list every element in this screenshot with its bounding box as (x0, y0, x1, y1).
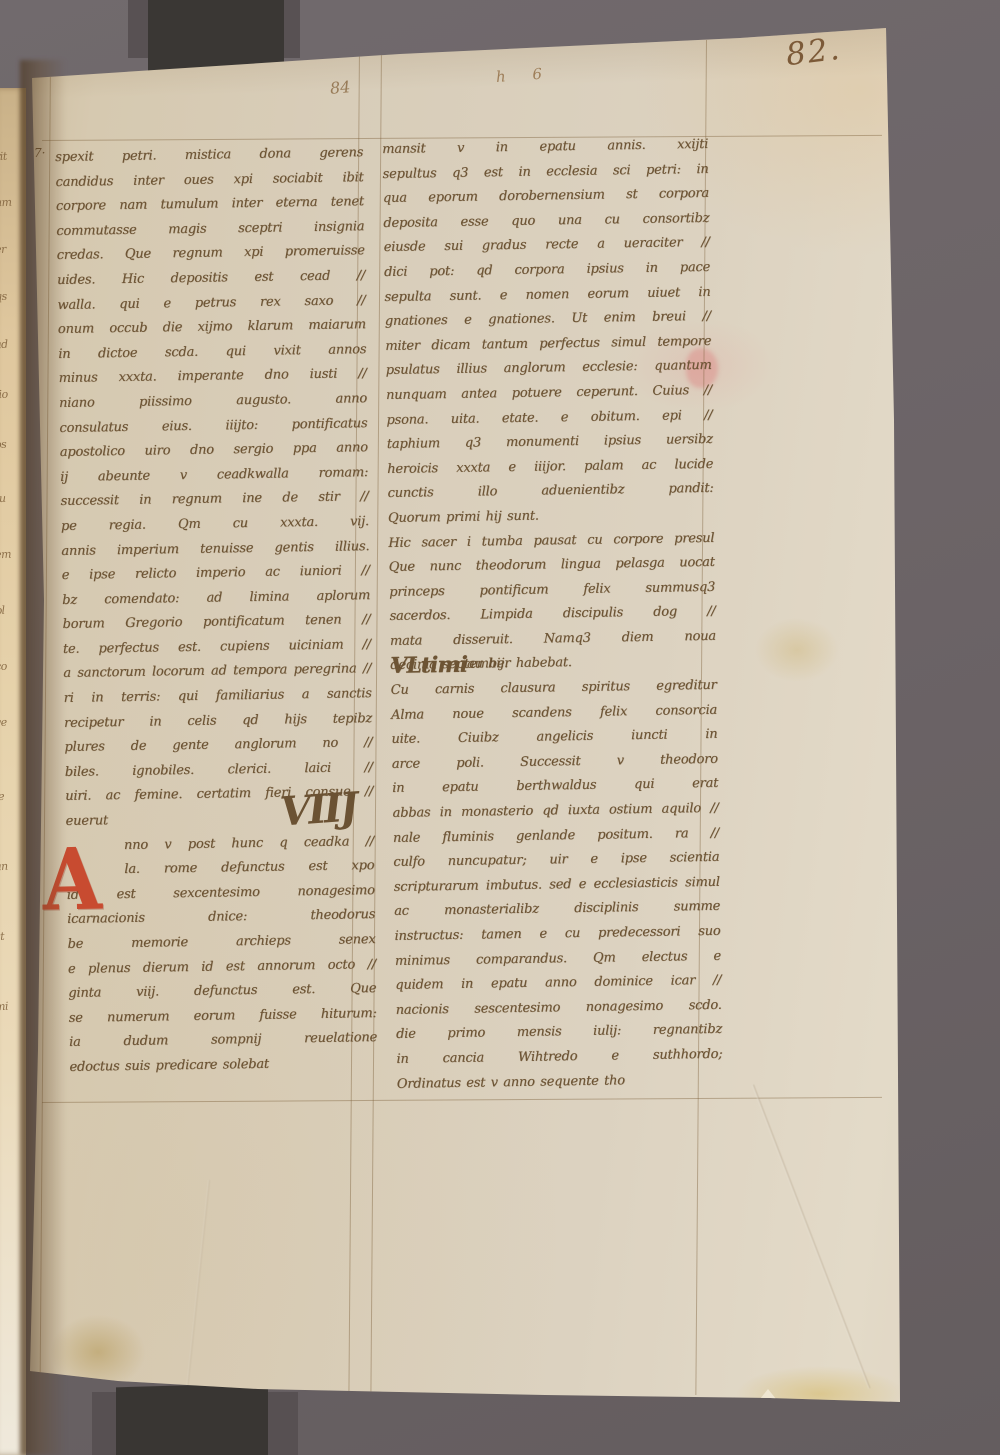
edge-text-fragment: pl (0, 604, 5, 617)
edge-text-fragment: tu (0, 492, 6, 506)
text-column-right: mansit v in epatu annis. xxijtisepultus … (382, 133, 723, 1103)
gutter-shadow (20, 60, 66, 1455)
edge-text-fragment: um (0, 196, 12, 210)
edge-text-fragment: fio (0, 388, 8, 402)
text-column-left: spexit petri. mistica dona gerenscandidu… (55, 141, 378, 1091)
crease-bottom-right (752, 1085, 870, 1389)
ruling-col2-left (370, 46, 382, 1393)
edge-text-fragment: an (0, 860, 8, 874)
manuscript-page: 82. 84 h 6 7· A VIIJ spexit petri. misti… (0, 0, 1000, 1455)
edge-text-fragment: ad (0, 338, 8, 352)
manuscript-photo: ritumerqsadfioostuemplcoveleanstmi 82. 8… (0, 0, 1000, 1455)
edge-text-fragment: rit (0, 150, 7, 164)
cradle-strap-bottom (116, 1383, 268, 1455)
edge-text-fragment: os (0, 438, 7, 452)
edge-text-fragment: qs (0, 290, 7, 304)
edge-text-fragment: mi (0, 1000, 8, 1014)
edge-text-fragment: st (0, 930, 4, 943)
edge-text-fragment: er (0, 243, 6, 257)
edge-text-fragment: em (0, 548, 11, 562)
tear-notch (760, 1389, 776, 1399)
edge-text-fragment: le (0, 790, 4, 803)
manuscript-text-line: Ordinatus est v anno sequente tho (397, 1067, 723, 1097)
edge-text-fragment: co (0, 660, 7, 674)
edge-text-fragment: ve (0, 716, 7, 730)
display-word: VLtimi (390, 652, 467, 679)
chapter-numeral: VIIJ (278, 783, 356, 835)
manuscript-text-line: edoctus suis predicare solebat (69, 1051, 377, 1080)
crease-bottom-left (186, 1180, 210, 1394)
folio-number: 82. (784, 31, 843, 73)
pencil-folio-number: 84 (329, 77, 351, 98)
